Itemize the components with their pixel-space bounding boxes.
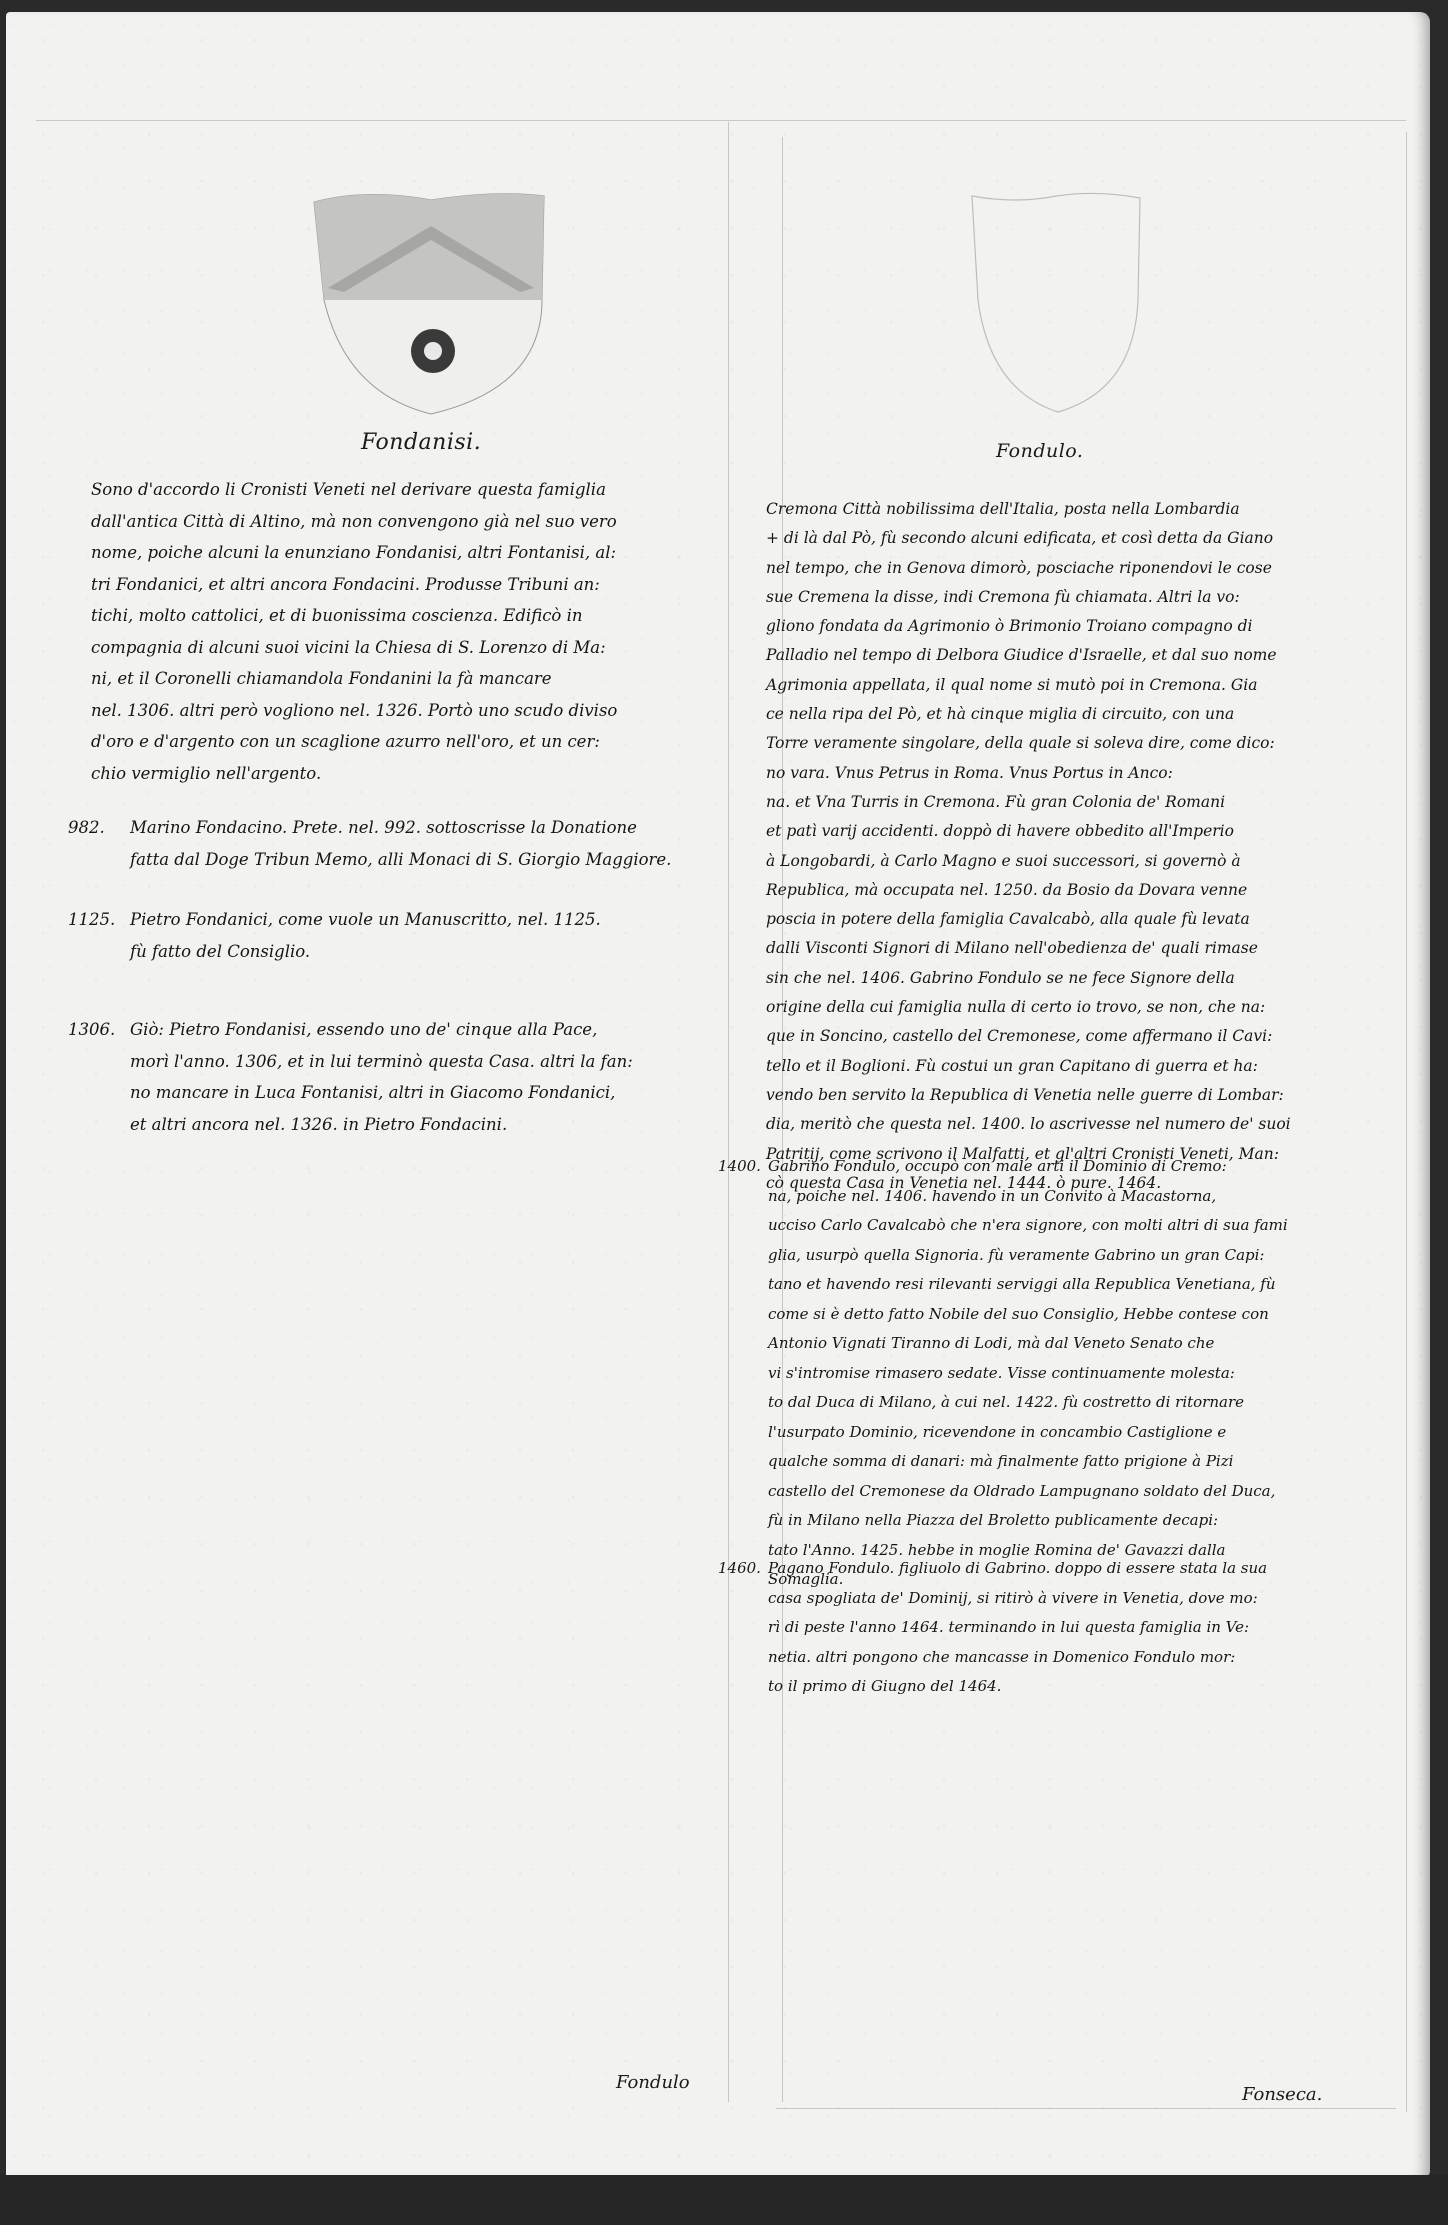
text-line: et altri ancora nel. 1326. in Pietro Fon… [130, 1109, 720, 1141]
family-title-fondulo: Fondulo. [996, 440, 1083, 462]
text-line: vi s'intromise rimasero sedate. Visse co… [768, 1359, 1388, 1389]
family-title-fondanisi: Fondanisi. [361, 430, 481, 455]
text-line: Torre veramente singolare, della quale s… [766, 729, 1381, 758]
text-line: poscia in potere della famiglia Cavalcab… [766, 905, 1381, 934]
entry-year: 1400. [718, 1152, 761, 1182]
text-line: que in Soncino, castello del Cremonese, … [766, 1022, 1381, 1051]
text-line: compagnia di alcuni suoi vicini la Chies… [91, 632, 721, 664]
text-line: na, poiche nel. 1406. havendo in un Conv… [768, 1182, 1388, 1212]
text-line: fù in Milano nella Piazza del Broletto p… [768, 1506, 1388, 1536]
catchword-right: Fonseca. [1242, 2084, 1322, 2105]
entry-year: 1125. [68, 904, 115, 936]
text-line: na. et Vna Turris in Cremona. Fù gran Co… [766, 788, 1381, 817]
text-line: gliono fondata da Agrimonio ò Brimonio T… [766, 612, 1381, 641]
text-line: Pagano Fondulo. figliuolo di Gabrino. do… [768, 1554, 1388, 1584]
text-line: Sono d'accordo li Cronisti Veneti nel de… [91, 474, 721, 506]
text-line: chio vermiglio nell'argento. [91, 758, 721, 790]
text-line: qualche somma di danari: mà finalmente f… [768, 1447, 1388, 1477]
top-ruling-line [36, 120, 1406, 121]
coat-of-arms-fondanisi-icon [306, 188, 551, 423]
text-line: no mancare in Luca Fontanisi, altri in G… [130, 1077, 720, 1109]
entry-text: Giò: Pietro Fondanisi, essendo uno de' c… [130, 1014, 720, 1140]
text-line: Republica, mà occupata nel. 1250. da Bos… [766, 876, 1381, 905]
entry-text: Pietro Fondanici, come vuole un Manuscri… [130, 904, 720, 967]
left-column-rule [728, 122, 729, 2102]
entry-text: Marino Fondacino. Prete. nel. 992. sotto… [130, 812, 720, 875]
text-line: tichi, molto cattolici, et di buonissima… [91, 600, 721, 632]
text-line: castello del Cremonese da Oldrado Lampug… [768, 1477, 1388, 1507]
fondanisi-intro-text: Sono d'accordo li Cronisti Veneti nel de… [91, 474, 721, 789]
text-line: Cremona Città nobilissima dell'Italia, p… [766, 495, 1381, 524]
text-line: dall'antica Città di Altino, mà non conv… [91, 506, 721, 538]
text-line: morì l'anno. 1306, et in lui terminò que… [130, 1046, 720, 1078]
text-line: Giò: Pietro Fondanisi, essendo uno de' c… [130, 1014, 720, 1046]
text-line: netia. altri pongono che mancasse in Dom… [768, 1643, 1388, 1673]
text-line: Agrimonia appellata, il qual nome si mut… [766, 671, 1381, 700]
bottom-ruling-line [776, 2108, 1396, 2109]
text-line: l'usurpato Dominio, ricevendone in conca… [768, 1418, 1388, 1448]
entry-year: 1306. [68, 1014, 115, 1046]
text-line: dalli Visconti Signori di Milano nell'ob… [766, 934, 1381, 963]
right-margin-rule [1406, 132, 1407, 2112]
text-line: ce nella ripa del Pò, et hà cinque migli… [766, 700, 1381, 729]
entry-text: Pagano Fondulo. figliuolo di Gabrino. do… [768, 1554, 1388, 1702]
text-line: ucciso Carlo Cavalcabò che n'era signore… [768, 1211, 1388, 1241]
text-line: fù fatto del Consiglio. [130, 936, 720, 968]
text-line: come si è detto fatto Nobile del suo Con… [768, 1300, 1388, 1330]
text-line: origine della cui famiglia nulla di cert… [766, 993, 1381, 1022]
scan-background-bottom [0, 2175, 1448, 2225]
text-line: vendo ben servito la Republica di Veneti… [766, 1081, 1381, 1110]
text-line: tello et il Boglioni. Fù costui un gran … [766, 1052, 1381, 1081]
text-line: glia, usurpò quella Signoria. fù veramen… [768, 1241, 1388, 1271]
text-line: Pietro Fondanici, come vuole un Manuscri… [130, 904, 720, 936]
text-line: d'oro e d'argento con un scaglione azurr… [91, 726, 721, 758]
text-line: fatta dal Doge Tribun Memo, alli Monaci … [130, 844, 720, 876]
text-line: Gabrino Fondulo, occupò con male arti il… [768, 1152, 1388, 1182]
text-line: tano et havendo resi rilevanti serviggi … [768, 1270, 1388, 1300]
text-line: sin che nel. 1406. Gabrino Fondulo se ne… [766, 964, 1381, 993]
fondulo-intro-text: Cremona Città nobilissima dell'Italia, p… [766, 495, 1381, 1198]
manuscript-page: Fondanisi. Sono d'accordo li Cronisti Ve… [6, 12, 1430, 2177]
catchword-left: Fondulo [616, 2072, 690, 2093]
text-line: Antonio Vignati Tiranno di Lodi, mà dal … [768, 1329, 1388, 1359]
coat-of-arms-fondulo-icon [966, 190, 1146, 420]
entry-year: 1460. [718, 1554, 761, 1584]
text-line: et patì varij accidenti. doppò di havere… [766, 817, 1381, 846]
text-line: tri Fondanici, et altri ancora Fondacini… [91, 569, 721, 601]
entry-text: Gabrino Fondulo, occupò con male arti il… [768, 1152, 1388, 1595]
text-line: to dal Duca di Milano, à cui nel. 1422. … [768, 1388, 1388, 1418]
text-line: dia, meritò che questa nel. 1400. lo asc… [766, 1110, 1381, 1139]
text-line: casa spogliata de' Dominij, si ritirò à … [768, 1584, 1388, 1614]
text-line: Palladio nel tempo di Delbora Giudice d'… [766, 641, 1381, 670]
text-line: nel. 1306. altri però vogliono nel. 1326… [91, 695, 721, 727]
text-line: to il primo di Giugno del 1464. [768, 1672, 1388, 1702]
text-line: rì di peste l'anno 1464. terminando in l… [768, 1613, 1388, 1643]
text-line: nel tempo, che in Genova dimorò, posciac… [766, 554, 1381, 583]
text-line: nome, poiche alcuni la enunziano Fondani… [91, 537, 721, 569]
text-line: Marino Fondacino. Prete. nel. 992. sotto… [130, 812, 720, 844]
text-line: + di là dal Pò, fù secondo alcuni edific… [766, 524, 1381, 553]
text-line: sue Cremena la disse, indi Cremona fù ch… [766, 583, 1381, 612]
text-line: ni, et il Coronelli chiamandola Fondanin… [91, 663, 721, 695]
text-line: no vara. Vnus Petrus in Roma. Vnus Portu… [766, 759, 1381, 788]
text-line: à Longobardi, à Carlo Magno e suoi succe… [766, 847, 1381, 876]
entry-year: 982. [68, 812, 105, 844]
